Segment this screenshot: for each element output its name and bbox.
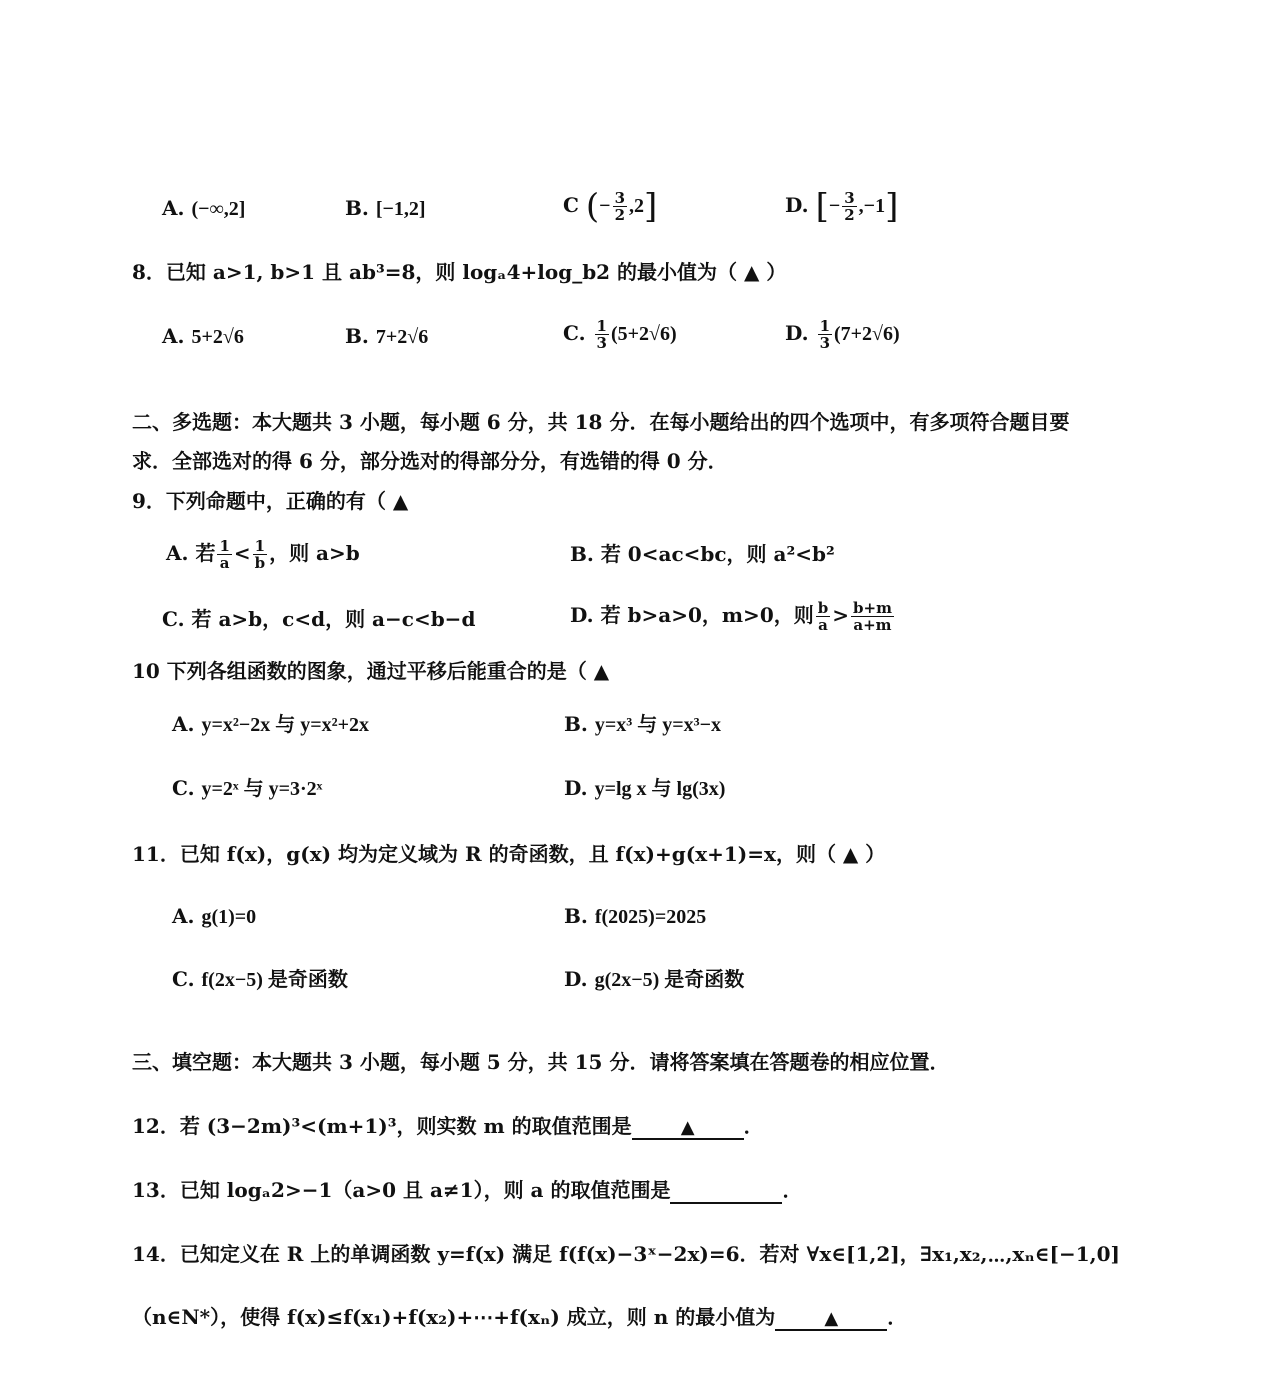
q8-stem: 8．已知 a>1, b>1 且 ab³=8，则 logₐ4+log_b2 的最小… xyxy=(132,258,786,286)
q9-option-b: B. 若 0<ac<bc，则 a²<b² xyxy=(570,540,835,568)
option-label: C xyxy=(563,193,579,217)
q13-answer-blank xyxy=(670,1178,782,1204)
option-label: B. xyxy=(345,196,369,220)
option-label: D. xyxy=(785,193,809,217)
q13-stem: 13．已知 logₐ2>−1（a>0 且 a≠1），则 a 的取值范围是 xyxy=(132,1178,670,1202)
q12-answer-blank: ▲ xyxy=(632,1114,744,1140)
q10-option-a: A. y=x²−2x 与 y=x²+2x xyxy=(172,710,369,739)
q12: 12．若 (3−2m)³<(m+1)³，则实数 m 的取值范围是▲． xyxy=(132,1112,764,1140)
q7-option-d: D. [−32,−1] xyxy=(785,190,898,223)
option-text: (−∞,2] xyxy=(191,198,245,220)
q11-option-d: D. g(2x−5) 是奇函数 xyxy=(564,965,744,994)
q10-stem: 10 下列各组函数的图象，通过平移后能重合的是（ ▲ xyxy=(132,657,609,685)
section2-heading-line2: 求．全部选对的得 6 分，部分选对的得部分分，有选错的得 0 分． xyxy=(132,447,728,475)
q11-stem: 11．已知 f(x)，g(x) 均为定义域为 R 的奇函数，且 f(x)+g(x… xyxy=(132,840,885,868)
section3-heading: 三、填空题：本大题共 3 小题，每小题 5 分，共 15 分．请将答案填在答题卷… xyxy=(132,1048,949,1076)
q12-stem: 12．若 (3−2m)³<(m+1)³，则实数 m 的取值范围是 xyxy=(132,1114,632,1138)
q11-option-c: C. f(2x−5) 是奇函数 xyxy=(172,965,348,994)
q9-stem: 9．下列命题中，正确的有（ ▲ xyxy=(132,487,408,515)
q14-stem: （n∈N*），使得 f(x)≤f(x₁)+f(x₂)+⋯+f(xₙ) 成立，则 … xyxy=(132,1305,775,1329)
option-label: A. xyxy=(162,196,184,220)
q9-option-a: A. 若1a<1b，则 a>b xyxy=(166,538,360,571)
section2-heading-line1: 二、多选题：本大题共 3 小题，每小题 6 分，共 18 分．在每小题给出的四个… xyxy=(132,408,1069,436)
q14-line2: （n∈N*），使得 f(x)≤f(x₁)+f(x₂)+⋯+f(xₙ) 成立，则 … xyxy=(132,1303,907,1331)
q11-option-b: B. f(2025)=2025 xyxy=(564,902,706,931)
option-text: [−1,2] xyxy=(376,198,426,220)
q7-option-c: C (−32,2] xyxy=(563,190,657,223)
q14-answer-blank: ▲ xyxy=(775,1305,887,1331)
q8-option-a: A. 5+2√6 xyxy=(162,322,244,351)
q8-option-d: D. 13(7+2√6) xyxy=(785,318,900,351)
q10-option-d: D. y=lg x 与 lg(3x) xyxy=(564,774,725,803)
q7-option-a: A. (−∞,2] xyxy=(162,194,245,223)
q10-option-b: B. y=x³ 与 y=x³−x xyxy=(564,710,721,739)
q7-option-b: B. [−1,2] xyxy=(345,194,426,223)
q9-option-c: C. 若 a>b，c<d，则 a−c<b−d xyxy=(162,605,475,633)
q13: 13．已知 logₐ2>−1（a>0 且 a≠1），则 a 的取值范围是． xyxy=(132,1176,802,1204)
q8-option-b: B. 7+2√6 xyxy=(345,322,428,351)
q10-option-c: C. y=2ˣ 与 y=3·2ˣ xyxy=(172,774,322,803)
q14-line1: 14．已知定义在 R 上的单调函数 y=f(x) 满足 f(f(x)−3ˣ−2x… xyxy=(132,1240,1120,1268)
q8-option-c: C. 13(5+2√6) xyxy=(563,318,677,351)
q9-option-d: D. 若 b>a>0，m>0，则ba>b+ma+m xyxy=(570,600,896,633)
q11-option-a: A. g(1)=0 xyxy=(172,902,256,931)
